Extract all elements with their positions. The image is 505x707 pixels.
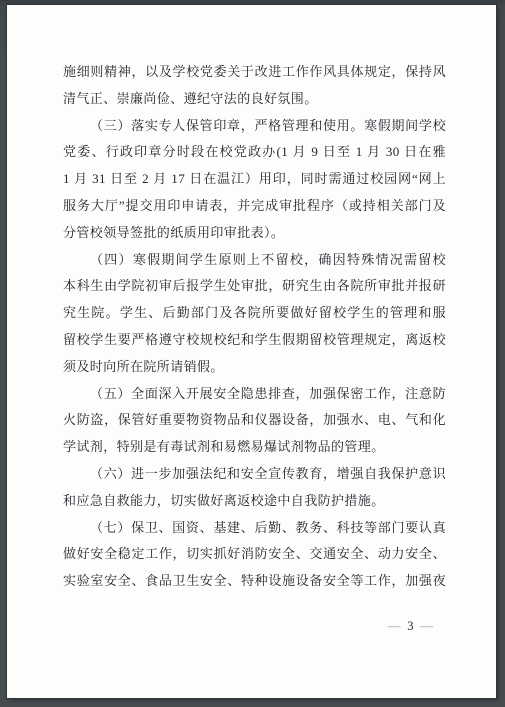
text-line: 做好安全稳定工作，切实抓好消防安全、交通安全、动力安全、 [63, 541, 446, 568]
text-line: 须及时向所在院所请销假。 [63, 354, 446, 381]
text-line: 和应急自救能力，切实做好离返校途中自我防护措施。 [63, 488, 446, 515]
text-line: 究生院。学生、后勤部门及各院所要做好留校学生的管理和服务， [63, 300, 446, 327]
document-page: 施细则精神，以及学校党委关于改进工作作风具体规定，保持风 清气正、崇廉尚俭、遵纪… [7, 5, 496, 698]
text-line: 服务大厅”提交用印申请表，并完成审批程序（或持相关部门及 [63, 193, 446, 220]
text-line: 施细则精神，以及学校党委关于改进工作作风具体规定，保持风 [63, 59, 446, 86]
text-line: （七）保卫、国资、基建、后勤、教务、科技等部门要认真 [63, 515, 446, 542]
text-line: 1 月 31 日至 2 月 17 日在温江）用印，同时需通过校园网“网上 [63, 166, 446, 193]
page-number-dash-left: — [388, 619, 402, 633]
page-number-dash-right: — [421, 619, 435, 633]
text-line: （五）全面深入开展安全隐患排查，加强保密工作，注意防 [63, 381, 446, 408]
scan-backdrop: { "document": { "lines": [ "施细则精神，以及学校党委… [0, 0, 505, 707]
page-number: —3— [388, 617, 434, 635]
text-line: 党委、行政印章分时段在校党政办(1 月 9 日至 1 月 30 日在雅安、 [63, 139, 446, 166]
text-line: 实验室安全、食品卫生安全、特种设施设备安全等工作，加强夜 [63, 568, 446, 595]
text-line: （四）寒假期间学生原则上不留校，确因特殊情况需留校的， [63, 247, 446, 274]
document-body-text: 施细则精神，以及学校党委关于改进工作作风具体规定，保持风 清气正、崇廉尚俭、遵纪… [63, 59, 446, 595]
text-line: （六）进一步加强法纪和安全宣传教育，增强自我保护意识 [63, 461, 446, 488]
text-line: 本科生由学院初审后报学生处审批，研究生由各院所审批并报研 [63, 273, 446, 300]
text-line: （三）落实专人保管印章，严格管理和使用。寒假期间学校 [63, 113, 446, 140]
text-line: 留校学生要严格遵守校规校纪和学生假期留校管理规定，离返校 [63, 327, 446, 354]
text-line: 火防盗，保管好重要物资物品和仪器设备，加强水、电、气和化 [63, 407, 446, 434]
text-line: 学试剂，特别是有毒试剂和易燃易爆试剂物品的管理。 [63, 434, 446, 461]
text-line: 清气正、崇廉尚俭、遵纪守法的良好氛围。 [63, 86, 446, 113]
page-number-value: 3 [401, 619, 420, 633]
text-line: 分管校领导签批的纸质用印审批表）。 [63, 220, 446, 247]
